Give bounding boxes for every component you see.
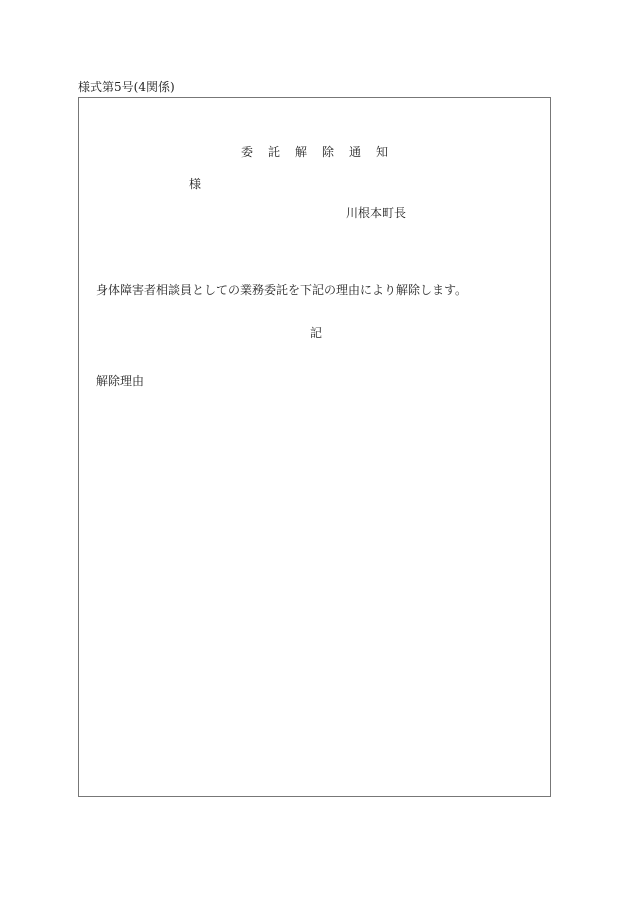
document-frame xyxy=(78,97,551,797)
ki-heading: 記 xyxy=(310,326,322,340)
document-title: 委託解除通知 xyxy=(241,145,403,159)
addressee-suffix: 様 xyxy=(189,177,201,191)
reason-label: 解除理由 xyxy=(96,374,144,388)
form-number: 様式第5号(4関係) xyxy=(78,80,175,94)
body-text: 身体障害者相談員としての業務委託を下記の理由により解除します。 xyxy=(96,283,467,297)
sender-name: 川根本町長 xyxy=(346,206,406,220)
